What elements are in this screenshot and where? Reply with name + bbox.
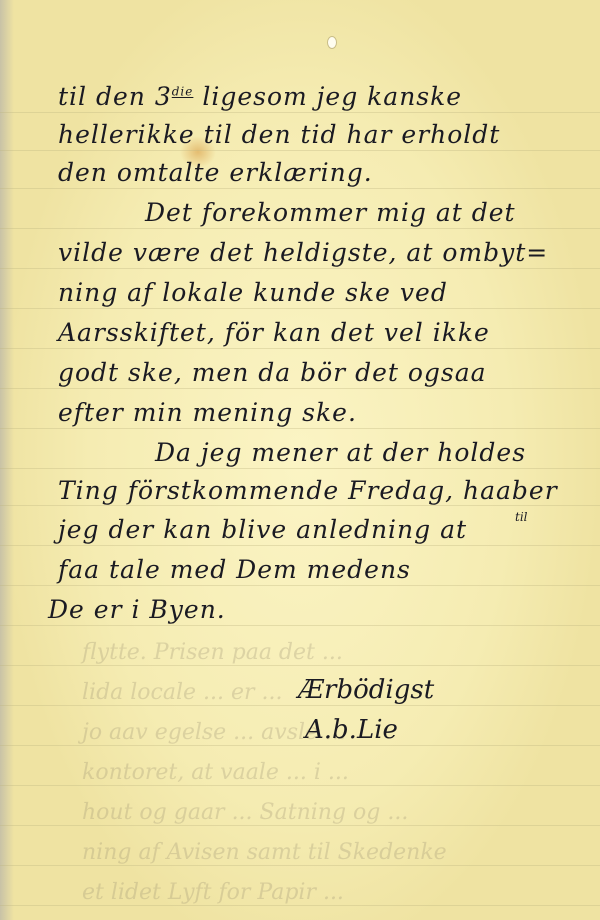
ruled-line [0, 348, 600, 349]
bleed-through-line: hout og gaar ... Satning og ... [82, 800, 408, 825]
bleed-through-line: ning af Avisen samt til Skedenke [82, 840, 447, 865]
ruled-line [0, 705, 600, 706]
ruled-line [0, 865, 600, 866]
letter-line: Det forekommer mig at det [145, 198, 516, 227]
letter-line: Aarsskiftet, för kan det vel ikke [58, 318, 490, 347]
letter-line: faa tale med Dem medens [58, 555, 411, 584]
ruled-line [0, 308, 600, 309]
ruled-line [0, 468, 600, 469]
ruled-line [0, 545, 600, 546]
ruled-line [0, 625, 600, 626]
ruled-line [0, 585, 600, 586]
page-edge-shadow [0, 0, 14, 920]
letter-line: til den 3die ligesom jeg kanske [58, 82, 462, 111]
ruled-line [0, 825, 600, 826]
ruled-line [0, 150, 600, 151]
letter-line: godt ske, men da bör det ogsaa [58, 358, 487, 387]
ordinal-superscript: die [172, 85, 194, 99]
bleed-through-line: lida locale ... er ... [82, 680, 283, 705]
ruled-line [0, 228, 600, 229]
letter-line: Da jeg mener at der holdes [155, 438, 526, 467]
letter-line: jeg der kan blive anledning at [58, 515, 467, 544]
letter-line: den omtalte erklæring. [58, 158, 373, 187]
letter-line: efter min mening ske. [58, 398, 357, 427]
closing-salutation: Ærbödigst [298, 675, 434, 705]
ruled-line [0, 665, 600, 666]
bleed-through-line: kontoret, at vaale ... i ... [82, 760, 349, 785]
ruled-line [0, 905, 600, 906]
ruled-line [0, 112, 600, 113]
punch-hole [327, 36, 337, 49]
letter-line: hellerikke til den tid har erholdt [58, 120, 500, 149]
line-text: ligesom jeg kanske [193, 82, 462, 111]
ruled-line [0, 388, 600, 389]
ruled-line [0, 505, 600, 506]
ruled-line [0, 785, 600, 786]
bleed-through-line: et lidet Lyft for Papir ... [82, 880, 344, 905]
line-text: til den 3 [58, 82, 172, 111]
signature: A.b.Lie [305, 715, 398, 745]
letter-line: ning af lokale kunde ske ved [58, 278, 448, 307]
ruled-line [0, 428, 600, 429]
letter-line: Ting förstkommende Fredag, haaber [58, 476, 558, 505]
ruled-line [0, 745, 600, 746]
interlinear-insertion: til [515, 510, 528, 524]
letter-line: vilde være det heldigste, at ombyt= [58, 238, 548, 267]
bleed-through-line: flytte. Prisen paa det ... [82, 640, 343, 665]
ruled-line [0, 188, 600, 189]
ruled-line [0, 268, 600, 269]
letter-line: De er i Byen. [48, 595, 226, 624]
